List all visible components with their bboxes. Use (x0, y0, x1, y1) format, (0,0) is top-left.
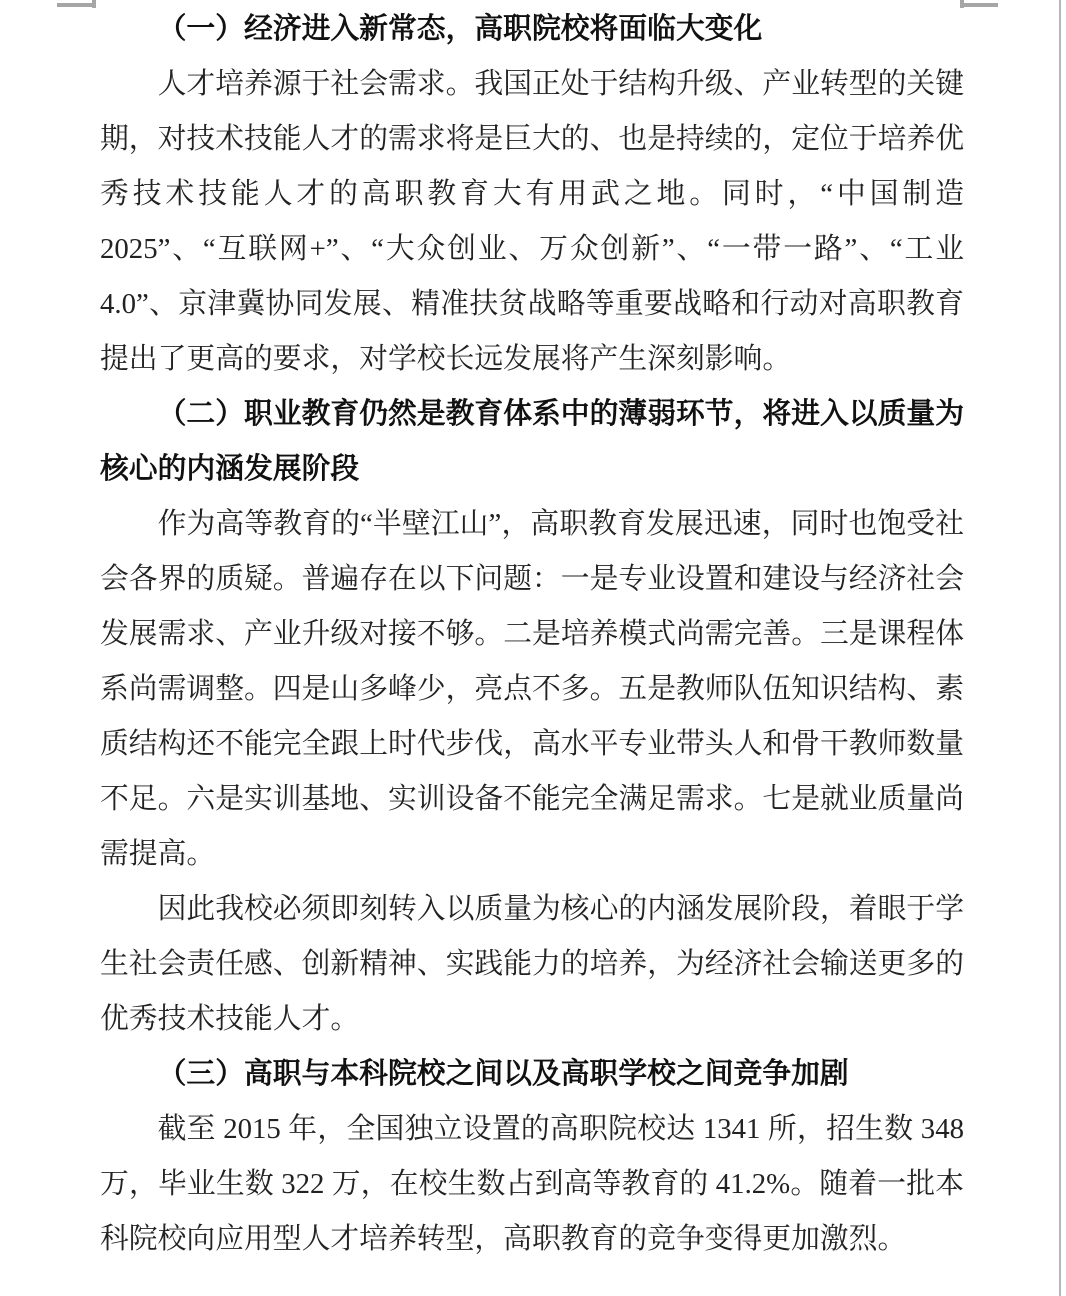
body-paragraph: 截至 2015 年，全国独立设置的高职院校达 1341 所，招生数 348 万，… (100, 1102, 964, 1267)
document-body: （一）经济进入新常态，高职院校将面临大变化人才培养源于社会需求。我国正处于结构升… (100, 2, 964, 1267)
section-heading: （三）高职与本科院校之间以及高职学校之间竞争加剧 (100, 1047, 964, 1102)
text-boundary-mark-top-left (57, 3, 96, 7)
document-page: （一）经济进入新常态，高职院校将面临大变化人才培养源于社会需求。我国正处于结构升… (0, 0, 1066, 1296)
section-heading: （一）经济进入新常态，高职院校将面临大变化 (100, 2, 964, 57)
section-heading: （二）职业教育仍然是教育体系中的薄弱环节，将进入以质量为核心的内涵发展阶段 (100, 387, 964, 497)
page-right-edge-line (1059, 0, 1061, 1296)
body-paragraph: 作为高等教育的“半壁江山”，高职教育发展迅速，同时也饱受社会各界的质疑。普遍存在… (100, 497, 964, 882)
text-boundary-mark-top-right (960, 3, 998, 7)
text-boundary-mark-top-left-tick (92, 0, 96, 8)
body-paragraph: 人才培养源于社会需求。我国正处于结构升级、产业转型的关键期，对技术技能人才的需求… (100, 57, 964, 387)
body-paragraph: 因此我校必须即刻转入以质量为核心的内涵发展阶段，着眼于学生社会责任感、创新精神、… (100, 882, 964, 1047)
